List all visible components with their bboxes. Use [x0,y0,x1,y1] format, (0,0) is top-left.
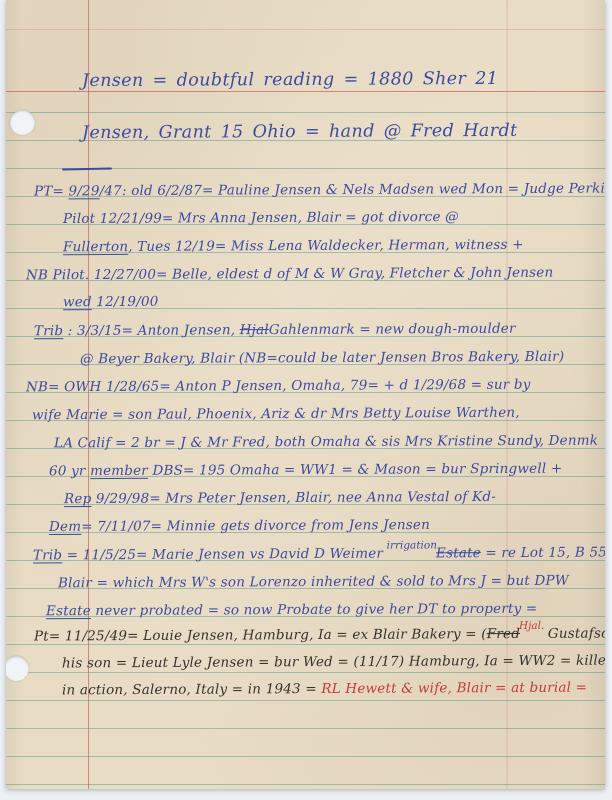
text-segment: NB= OWH 1/28/65= Anton P Jensen, Omaha, … [26,377,531,396]
note-line-15: Dem= 7/11/07= Minnie gets divorce from J… [49,517,430,535]
text-segment: , Tues 12/19= Miss Lena Waldecker, Herma… [128,237,524,255]
note-line-12: LA Calif = 2 br = J & Mr Fred, both Omah… [54,433,598,452]
note-line-19: Pt= 11/25/49= Louie Jensen, Hamburg, Ia … [34,625,605,644]
note-heading-2: Jensen, Grant 15 Ohio = hand @ Fred Hard… [82,121,518,143]
note-line-21: in action, Salerno, Italy = in 1943 = RL… [62,680,587,699]
struck-word: Fred [487,626,520,642]
text-segment: NB Pilot. 12/27/00= Belle, eldest d of M… [26,265,553,284]
underlined-word: Dem [49,519,81,535]
note-line-20: his son = Lieut Lyle Jensen = bur Wed = … [62,653,605,672]
note-line-13: 60 yr member DBS= 195 Omaha = WW1 = & Ma… [49,461,562,480]
note-line-3: PT= 9/29/47: old 6/2/87= Pauline Jensen … [34,180,605,199]
note-line-7: wed 12/19/00 [63,294,159,311]
text-segment: DBS= 195 Omaha = WW1 = & Mason = bur Spr… [148,461,563,479]
punch-hole-top [10,110,35,135]
underlined-word: Trib [33,547,62,563]
note-line-16: Trib = 11/5/25= Marie Jensen vs David D … [33,544,605,563]
note-heading-1: Jensen = doubtful reading = 1880 Sher 21 [82,69,498,91]
note-line-10: NB= OWH 1/28/65= Anton P Jensen, Omaha, … [26,377,531,396]
text-segment: = 11/5/25= Marie Jensen vs David D Weime… [62,546,387,564]
text-segment: Blair = which Mrs W's son Lorenzo inheri… [58,573,569,592]
note-line-5: Fullerton, Tues 12/19= Miss Lena Waldeck… [63,237,524,255]
text-segment: 60 yr [49,463,90,479]
note-line-4: Pilot 12/21/99= Mrs Anna Jensen, Blair =… [63,209,459,227]
text-segment: Pt= 11/25/49= Louie Jensen, Hamburg, Ia … [34,626,487,644]
text-segment: never probated = so now Probate to give … [91,601,538,619]
note-line-8: Trib : 3/3/15= Anton Jensen, HjalGahlenm… [34,321,516,340]
text-segment: Jensen, Grant 15 Ohio = hand @ Fred Hard… [82,121,518,143]
text-segment: Jensen = doubtful reading = 1880 Sher 21 [82,69,498,91]
underlined-word: Rep [64,491,91,507]
underlined-word: Fullerton [63,239,128,255]
note-line-9: @ Beyer Bakery, Blair (NB=could be later… [80,349,564,368]
text-segment: = 7/11/07= Minnie gets divorce from Jens… [81,517,430,535]
text-segment: wife Marie = son Paul, Phoenix, Ariz & d… [32,405,520,424]
text-segment: 9/29/98= Mrs Peter Jensen, Blair, nee An… [91,489,496,507]
top-rule-red [6,29,605,30]
underlined-word: Estate [46,603,91,619]
text-segment: = re Lot 15, B 55, [481,544,605,561]
underlined-word: wed [63,294,92,310]
text-segment: /47: old 6/2/87= Pauline Jensen & Nels M… [100,180,605,199]
text-segment: Gustafson) [543,625,605,641]
text-segment: LA Calif = 2 br = J & Mr Fred, both Omah… [54,433,598,452]
struck-word: Hjal [240,322,269,338]
notebook-page: Jensen = doubtful reading = 1880 Sher 21… [6,0,605,789]
underlined-word: 9/29 [68,183,99,199]
punch-hole-bottom [6,656,29,681]
text-segment: Gahlenmark = new dough-moulder [269,321,516,338]
text-segment: @ Beyer Bakery, Blair (NB=could be later… [80,349,564,368]
red-inserted-word: Hjal. [519,620,544,632]
text-segment: 12/19/00 [92,294,159,310]
heading-underline-dash [62,167,112,170]
struck-word: Estate [436,545,481,561]
heading-red-rule [6,91,605,92]
text-segment: Pilot 12/21/99= Mrs Anna Jensen, Blair =… [63,209,459,227]
note-line-18: Estate never probated = so now Probate t… [46,601,537,620]
text-segment: in action, Salerno, Italy = in 1943 = [62,681,321,698]
note-line-14: Rep 9/29/98= Mrs Peter Jensen, Blair, ne… [64,489,496,507]
text-segment: : 3/3/15= Anton Jensen, [63,322,240,339]
note-line-6: NB Pilot. 12/27/00= Belle, eldest d of M… [26,265,553,284]
note-line-11: wife Marie = son Paul, Phoenix, Ariz & d… [32,405,520,424]
inserted-word: irrigation [387,539,437,551]
note-line-17: Blair = which Mrs W's son Lorenzo inheri… [58,573,569,592]
paper-crease-line [506,0,508,789]
underlined-word: Trib [34,323,63,339]
red-annotation: RL Hewett & wife, Blair = at burial = [321,680,587,697]
text-segment: his son = Lieut Lyle Jensen = bur Wed = … [62,653,605,672]
underlined-word: member [90,463,148,479]
text-segment: PT= [34,183,69,199]
